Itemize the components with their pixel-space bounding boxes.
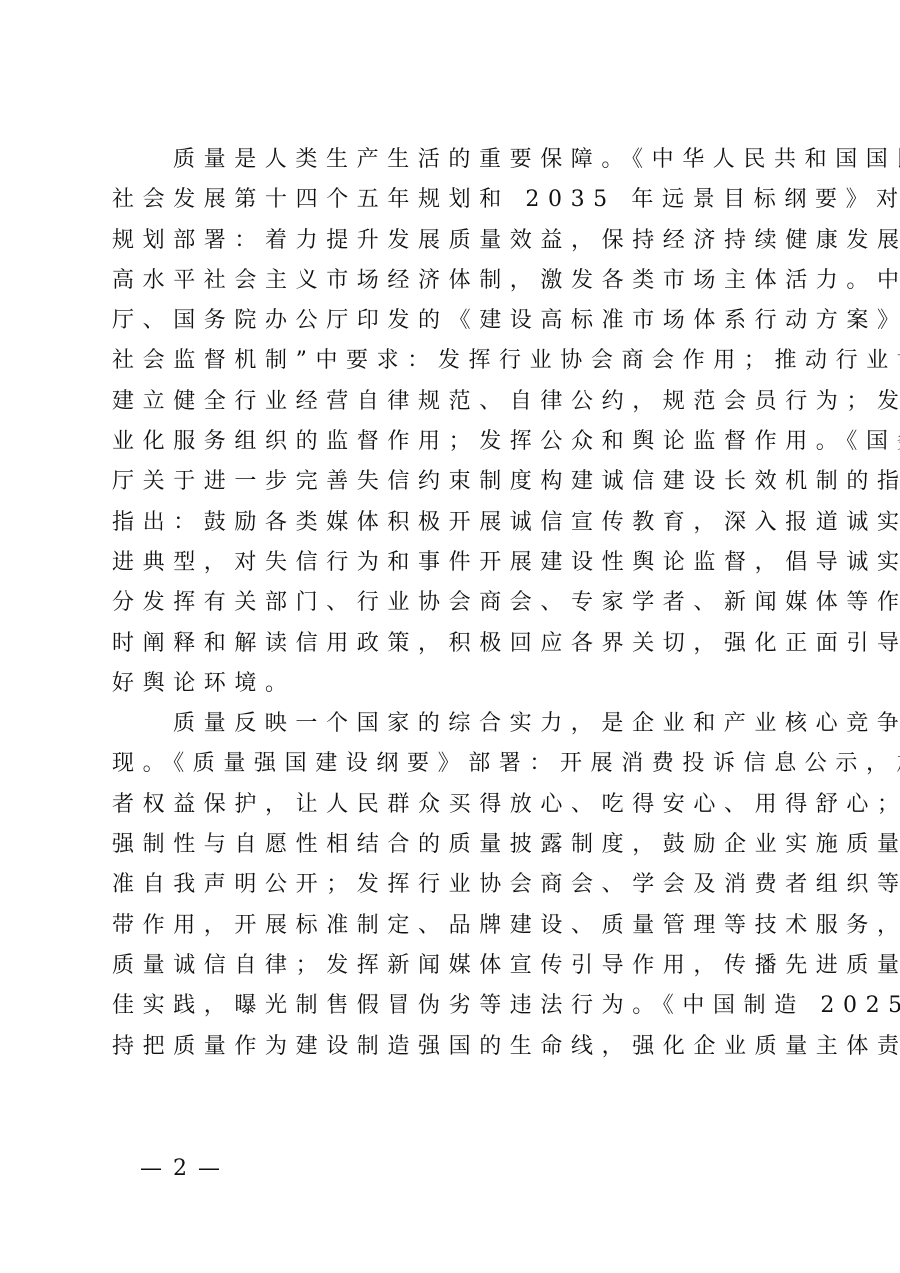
- text-line: 分发挥有关部门、行业协会商会、专家学者、新闻媒体等作用，及: [112, 583, 790, 623]
- paragraph-quality-guarantee: 质量是人类生产生活的重要保障。《中华人民共和国国民经济和 社会发展第十四个五年规…: [112, 140, 790, 704]
- text-line: 佳实践，曝光制售假冒伪劣等违法行为。《中国制造 2025》要求：坚: [112, 986, 790, 1026]
- document-page: 质量是人类生产生活的重要保障。《中华人民共和国国民经济和 社会发展第十四个五年规…: [0, 0, 900, 1273]
- text-line: 高水平社会主义市场经济体制，激发各类市场主体活力。中共中央办公: [112, 261, 790, 301]
- text-line: 准自我声明公开；发挥行业协会商会、学会及消费者组织等的桥梁纽: [112, 865, 790, 905]
- text-line: 者权益保护，让人民群众买得放心、吃得安心、用得舒心；建立健全: [112, 785, 790, 825]
- text-line: 厅关于进一步完善失信约束制度构建诚信建设长效机制的指导意见》: [112, 462, 790, 502]
- text-line: 持把质量作为建设制造强国的生命线，强化企业质量主体责任，加强: [112, 1027, 790, 1067]
- text-line: 社会监督机制”中要求：发挥行业协会商会作用；推动行业协会商会: [112, 341, 790, 381]
- text-line: 质量反映一个国家的综合实力，是企业和产业核心竞争力的体: [112, 704, 790, 744]
- text-line: 指出：鼓励各类媒体积极开展诚信宣传教育，深入报道诚实守信的先: [112, 503, 790, 543]
- page-number: — 2 —: [140, 1154, 222, 1184]
- text-line: 好舆论环境。: [112, 664, 790, 704]
- text-line: 质量诚信自律；发挥新闻媒体宣传引导作用，传播先进质量理念和最: [112, 946, 790, 986]
- text-line: 强制性与自愿性相结合的质量披露制度，鼓励企业实施质量承诺和标: [112, 825, 790, 865]
- text-line: 厅、国务院办公厅印发的《建设高标准市场体系行动方案》在“健全: [112, 301, 790, 341]
- text-line: 规划部署：着力提升发展质量效益，保持经济持续健康发展；构建: [112, 221, 790, 261]
- text-line: 质量是人类生产生活的重要保障。《中华人民共和国国民经济和: [112, 140, 790, 180]
- text-line: 业化服务组织的监督作用；发挥公众和舆论监督作用。《国务院办公: [112, 422, 790, 462]
- body-text: 质量是人类生产生活的重要保障。《中华人民共和国国民经济和 社会发展第十四个五年规…: [112, 140, 790, 1067]
- text-line: 带作用，开展标准制定、品牌建设、质量管理等技术服务，推进行业: [112, 906, 790, 946]
- text-line: 时阐释和解读信用政策，积极回应各界关切，强化正面引导，营造良: [112, 624, 790, 664]
- text-line: 社会发展第十四个五年规划和 2035 年远景目标纲要》对“十四五”: [112, 180, 790, 220]
- text-line: 现。《质量强国建设纲要》部署：开展消费投诉信息公示，加强消费: [112, 744, 790, 784]
- text-line: 建立健全行业经营自律规范、自律公约，规范会员行为；发挥市场专: [112, 382, 790, 422]
- paragraph-quality-strength: 质量反映一个国家的综合实力，是企业和产业核心竞争力的体 现。《质量强国建设纲要》…: [112, 704, 790, 1067]
- text-line: 进典型，对失信行为和事件开展建设性舆论监督，倡导诚实守信；充: [112, 543, 790, 583]
